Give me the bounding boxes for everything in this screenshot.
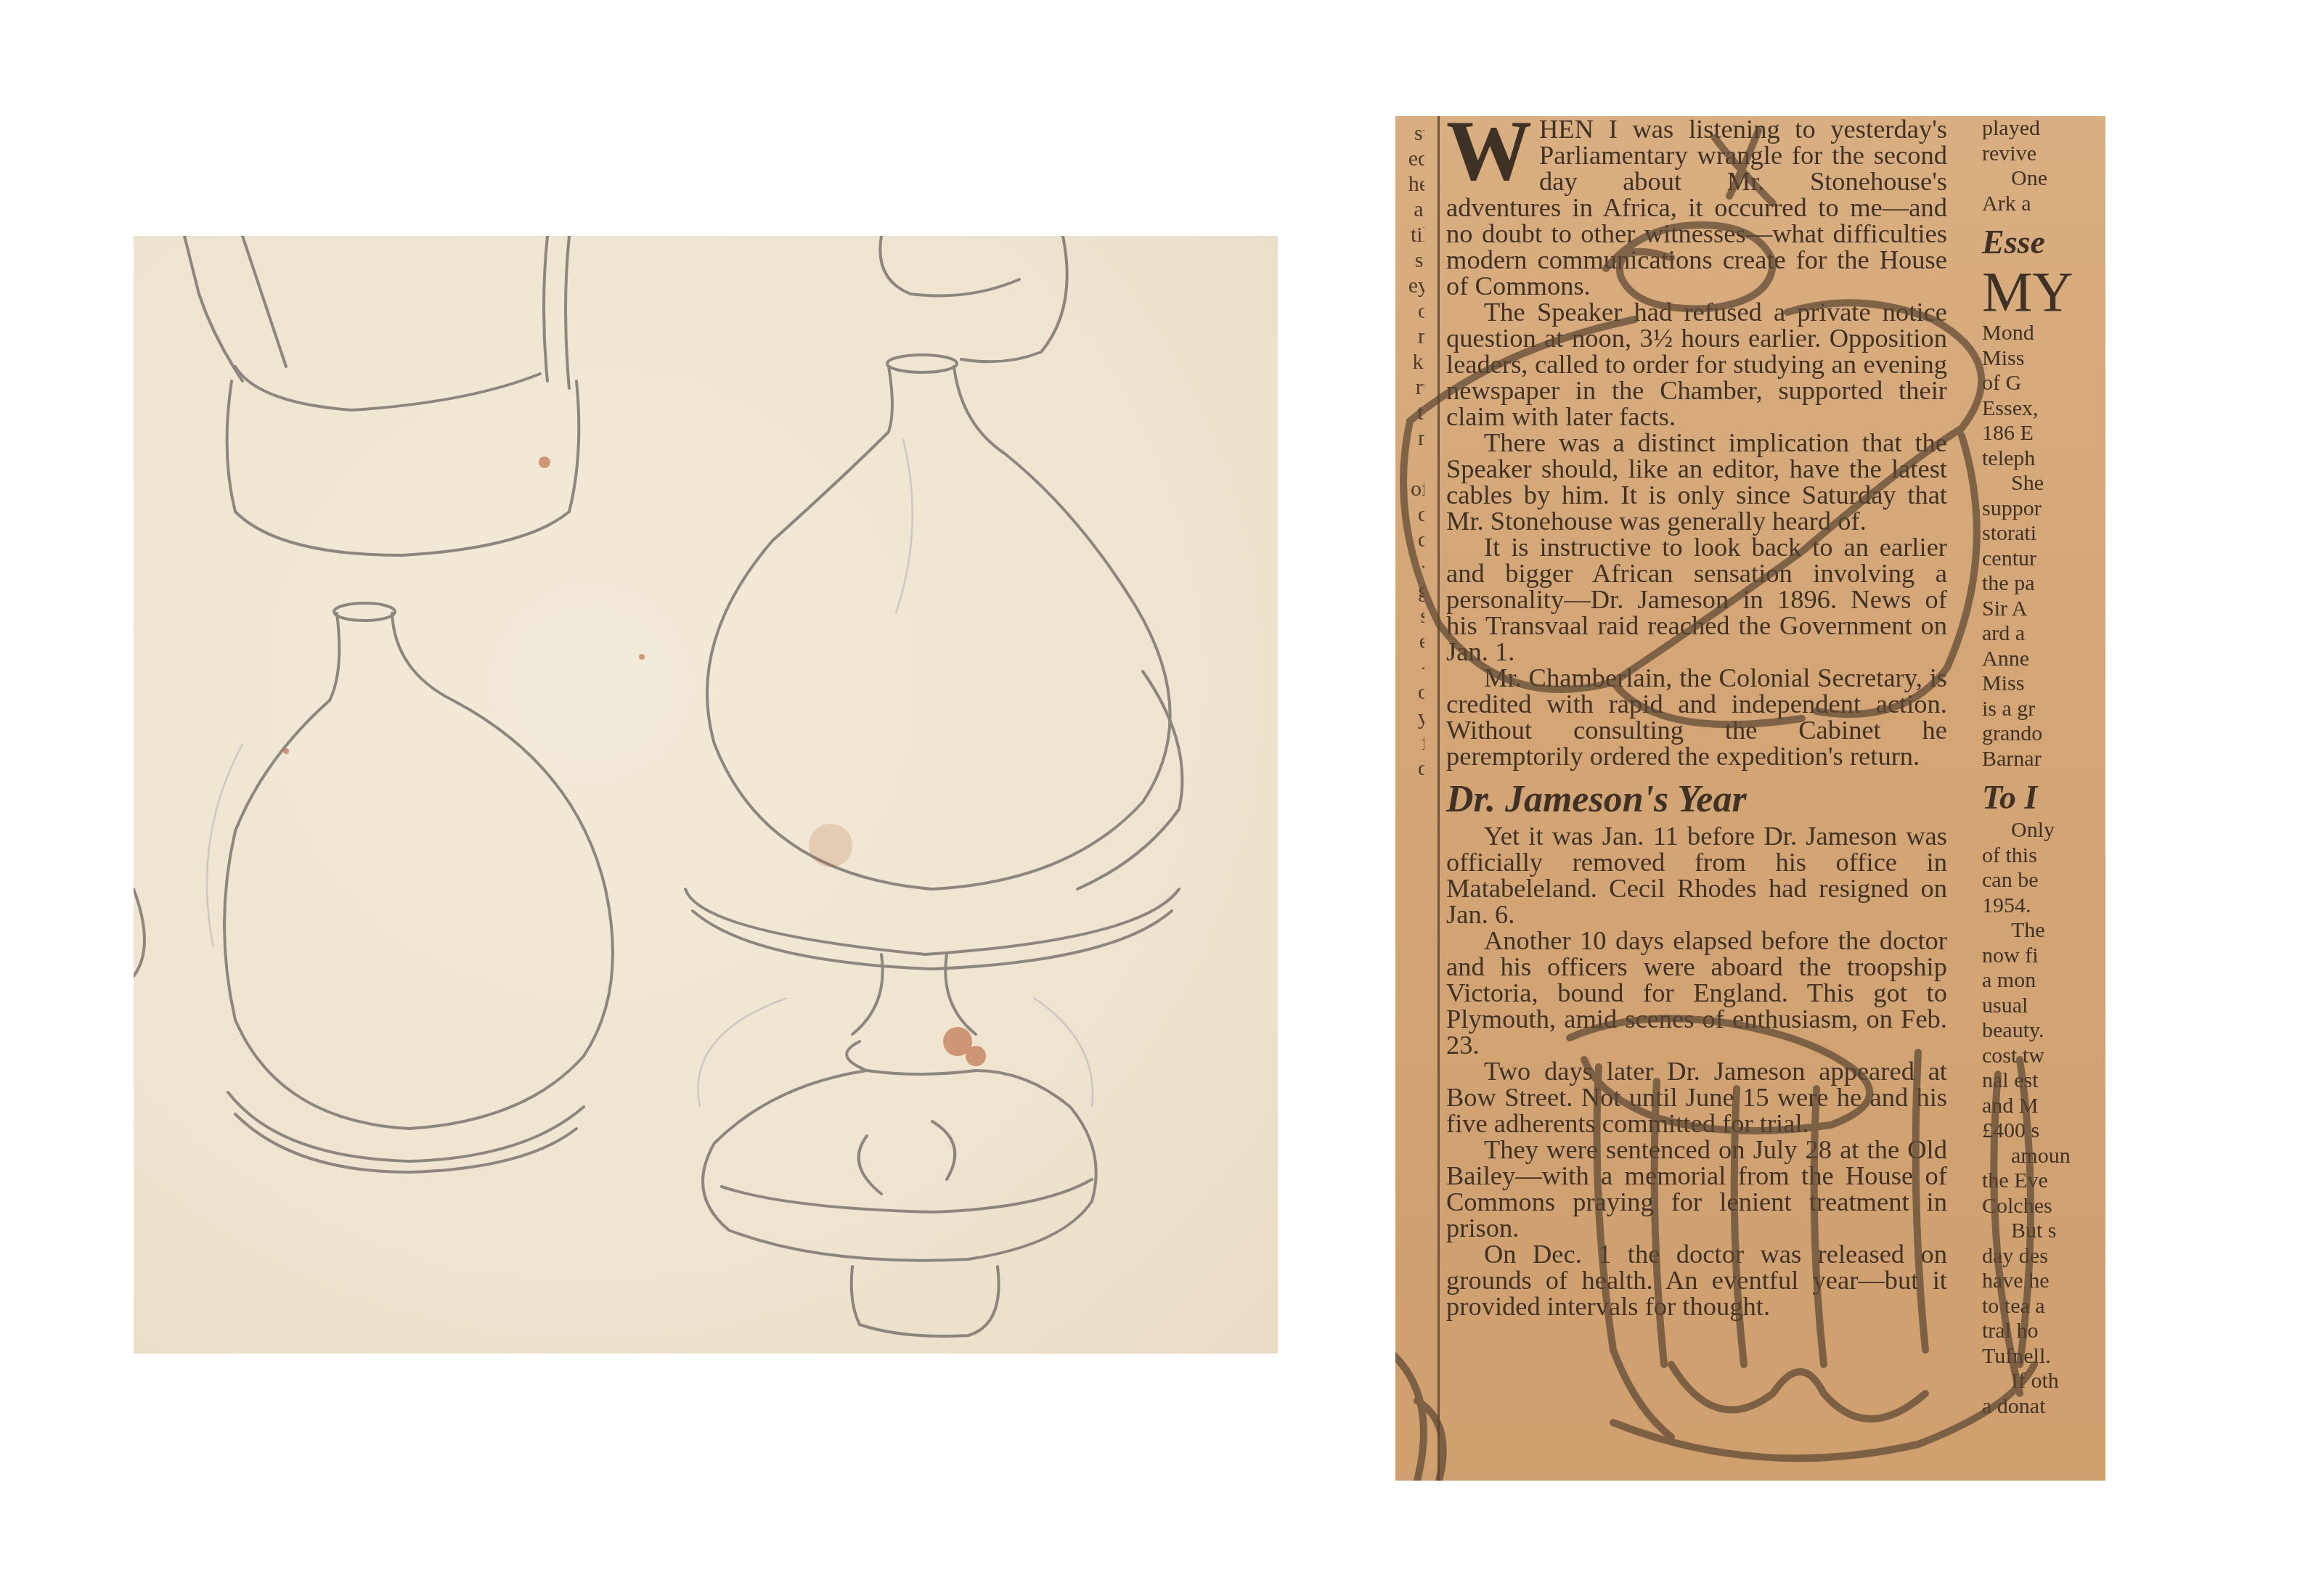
fragment-text: centur	[1982, 547, 2105, 572]
fragment-text: Anne	[1982, 647, 2105, 672]
fragment-text: ey	[1395, 273, 1424, 298]
fragment-text: and M	[1982, 1094, 2105, 1119]
fragment-text	[1395, 451, 1424, 476]
fragment-text: s.	[1395, 247, 1424, 273]
fragment-text: d	[1395, 756, 1424, 781]
fragment-text: One	[1982, 166, 2105, 192]
fragment-text: n	[1395, 425, 1424, 451]
fragment-text: of this	[1982, 843, 2105, 869]
article-paragraph: The Speaker had refused a private notice…	[1446, 299, 1947, 430]
fragment-dropcap: MY	[1982, 263, 2105, 321]
fragment-text: Tufnell.	[1982, 1344, 2105, 1370]
newspaper-clipping: st ed he a. til s. ey o n k, rt t, n of …	[1395, 116, 2105, 1481]
article-paragraph: It is instructive to look back to an ear…	[1446, 534, 1947, 665]
article-paragraph: Two days later Dr. Jameson appeared at B…	[1446, 1058, 1947, 1137]
fragment-text: Barnar	[1982, 747, 2105, 772]
fragment-text: the pa	[1982, 571, 2105, 597]
vase-sketch-drawing	[134, 236, 1278, 1354]
fragment-text: Sir A	[1982, 597, 2105, 622]
fragment-text: Miss	[1982, 346, 2105, 372]
fragment-text: n	[1395, 324, 1424, 349]
fragment-text: d	[1395, 527, 1424, 552]
fragment-text: storati	[1982, 521, 2105, 547]
column-rule	[1437, 116, 1440, 1481]
right-column-fragments: played revive One Ark a Esse MY Mond Mis…	[1982, 116, 2105, 1419]
fragment-text: -	[1395, 552, 1424, 578]
article-paragraph: Mr. Chamberlain, the Colonial Secretary,…	[1446, 665, 1947, 769]
fragment-text: of G	[1982, 371, 2105, 396]
fragment-text: cost tw	[1982, 1044, 2105, 1069]
drop-cap: W	[1446, 118, 1532, 184]
fragment-text: But s	[1982, 1219, 2105, 1244]
fragment-heading: To I	[1982, 777, 2105, 818]
fragment-text: s	[1395, 603, 1424, 629]
fragment-text: ard a	[1982, 621, 2105, 647]
fragment-text: f	[1395, 730, 1424, 756]
article-paragraph: WHEN I was listening to yesterday's Parl…	[1446, 116, 1947, 299]
fragment-text: rt	[1395, 375, 1424, 400]
fragment-text: can be	[1982, 868, 2105, 893]
fragment-text: suppor	[1982, 496, 2105, 522]
fragment-text: to tea a	[1982, 1294, 2105, 1319]
article-paragraph: They were sentenced on July 28 at the Ol…	[1446, 1137, 1947, 1241]
article-column: WHEN I was listening to yesterday's Parl…	[1446, 116, 1947, 1319]
fragment-text: is a gr	[1982, 697, 2105, 722]
fragment-text: of	[1395, 476, 1424, 502]
fragment-text: usual	[1982, 994, 2105, 1019]
article-subheading: Dr. Jameson's Year	[1446, 779, 1947, 820]
left-column-fragments: st ed he a. til s. ey o n k, rt t, n of …	[1395, 116, 1424, 1481]
fragment-text: day des	[1982, 1244, 2105, 1269]
fragment-text: revive	[1982, 142, 2105, 167]
fragment-text: She	[1982, 471, 2105, 496]
fragment-text: beauty.	[1982, 1018, 2105, 1044]
fragment-text: The	[1982, 918, 2105, 944]
fragment-text: y	[1395, 705, 1424, 730]
fragment-text: 1954.	[1982, 893, 2105, 919]
fragment-text: a donat	[1982, 1394, 2105, 1420]
fragment-text: o	[1395, 298, 1424, 324]
fragment-text: ed	[1395, 146, 1424, 171]
fragment-text: nal est	[1982, 1068, 2105, 1094]
article-paragraph: Yet it was Jan. 11 before Dr. Jameson wa…	[1446, 823, 1947, 928]
fragment-text: d	[1395, 502, 1424, 527]
fragment-text: If oth	[1982, 1369, 2105, 1394]
article-paragraph: Another 10 days elapsed before the docto…	[1446, 928, 1947, 1058]
article-paragraph: There was a distinct implication that th…	[1446, 430, 1947, 534]
fragment-text: Essex,	[1982, 396, 2105, 422]
fragment-text: o	[1395, 679, 1424, 705]
fragment-text: Only	[1982, 818, 2105, 843]
fragment-text: he	[1395, 171, 1424, 197]
fragment-text: amoun	[1982, 1144, 2105, 1169]
fragment-text: g	[1395, 578, 1424, 603]
fragment-text: -	[1395, 654, 1424, 679]
fragment-text: 186 E	[1982, 421, 2105, 446]
fragment-text: £400 s	[1982, 1118, 2105, 1144]
fragment-text: now fi	[1982, 944, 2105, 969]
fragment-text: a.	[1395, 197, 1424, 222]
article-paragraph: On Dec. 1 the doctor was released on gro…	[1446, 1241, 1947, 1319]
fragment-text: the Eve	[1982, 1169, 2105, 1194]
fragment-text: Miss	[1982, 671, 2105, 697]
fragment-text: Colches	[1982, 1194, 2105, 1219]
fragment-text: e	[1395, 629, 1424, 654]
pencil-sketch-artwork	[134, 236, 1278, 1354]
fragment-text: grando	[1982, 721, 2105, 747]
fragment-text: st	[1395, 120, 1424, 146]
fragment-text: Ark a	[1982, 192, 2105, 217]
fragment-text: til	[1395, 222, 1424, 247]
fragment-text: Mond	[1982, 321, 2105, 346]
fragment-text: have he	[1982, 1269, 2105, 1294]
fragment-text: teleph	[1982, 446, 2105, 472]
fragment-text: played	[1982, 116, 2105, 142]
fragment-heading: Esse	[1982, 222, 2105, 263]
fragment-text: a mon	[1982, 968, 2105, 994]
fragment-text: tral ho	[1982, 1319, 2105, 1344]
fragment-text: t,	[1395, 400, 1424, 425]
fragment-text: k,	[1395, 349, 1424, 375]
